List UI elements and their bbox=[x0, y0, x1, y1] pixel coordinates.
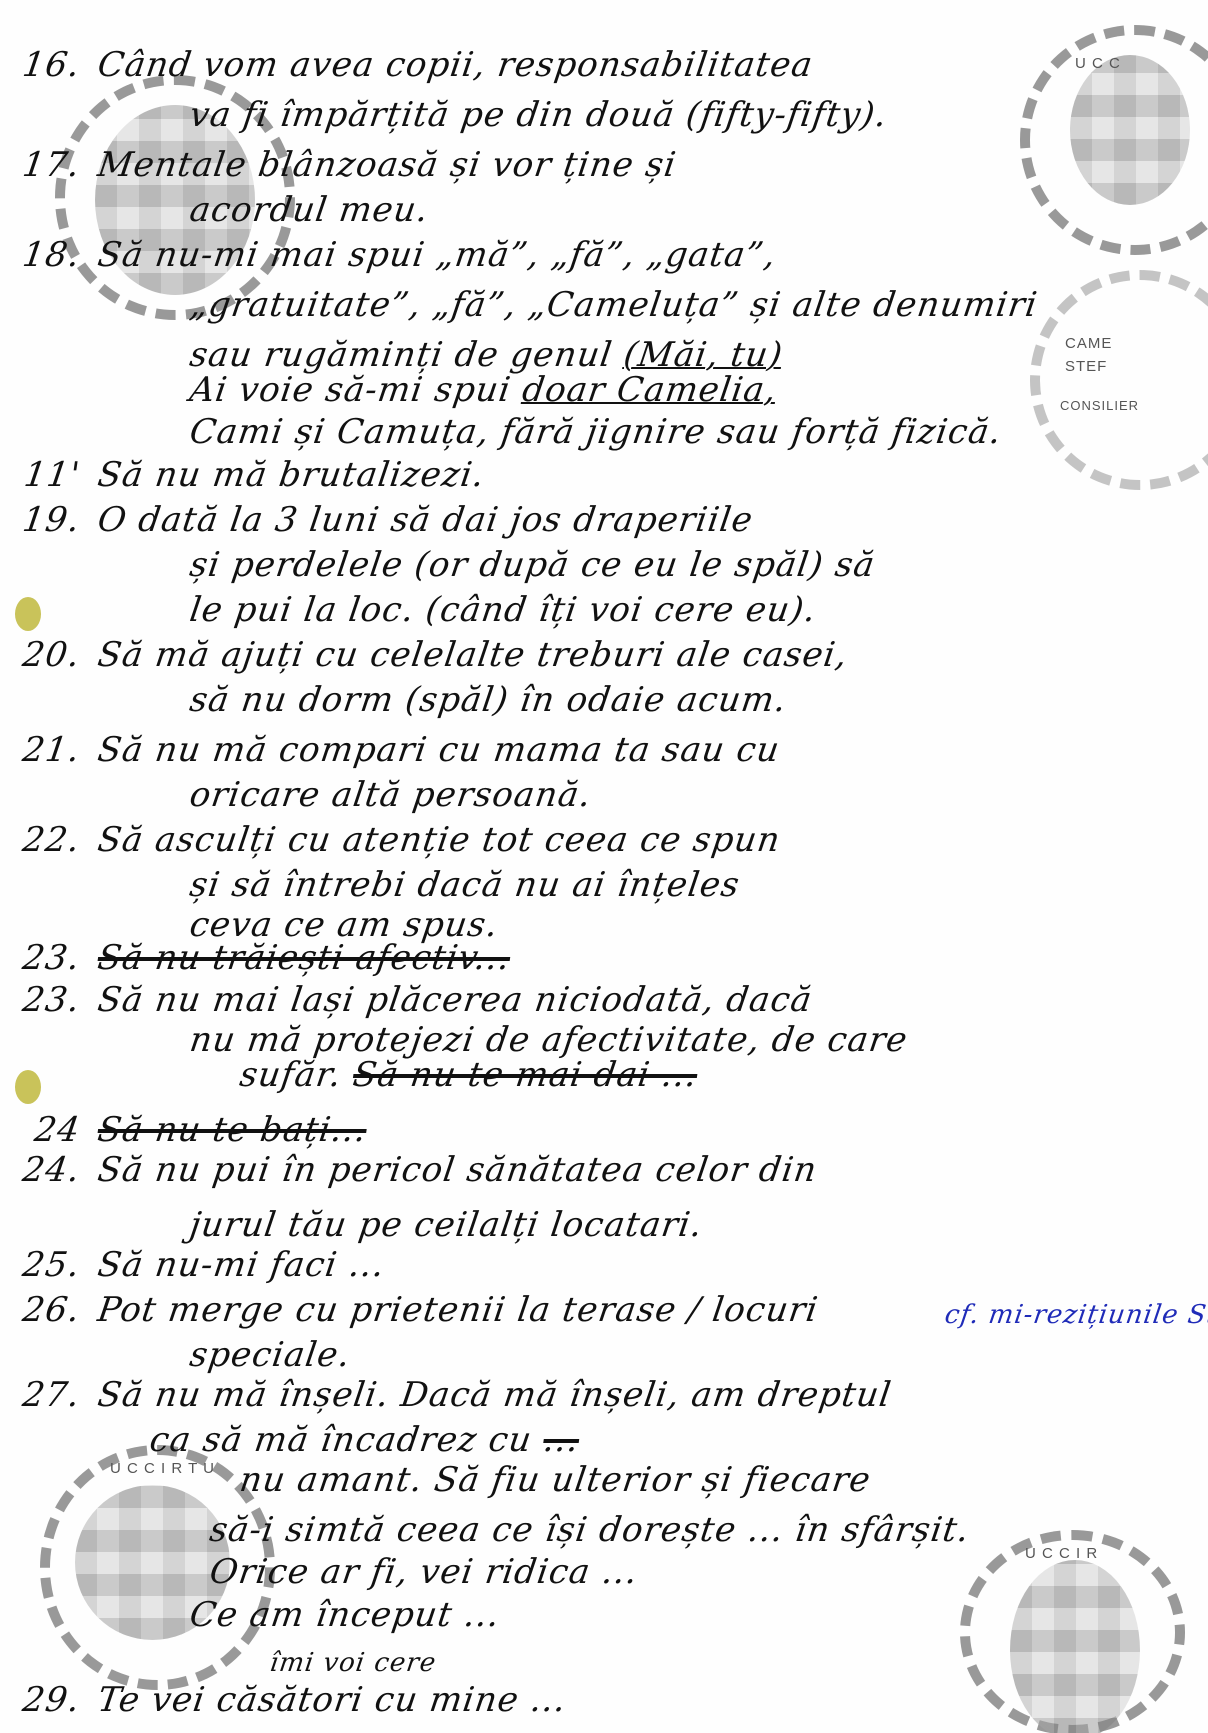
item-text: nu amant. Să fiu ulterior și fiecare bbox=[237, 1460, 873, 1500]
item-text: sufăr. bbox=[237, 1055, 344, 1095]
struck-text: Să nu te mai dai ... bbox=[351, 1055, 701, 1095]
item-number: 11' bbox=[0, 455, 83, 495]
item-21: 21.Să nu mă compari cu mama ta sau cu bbox=[0, 730, 783, 770]
item-text: Să nu mă compari cu mama ta sau cu bbox=[95, 730, 782, 770]
item-text: nu mă protejezi de afectivitate, de care bbox=[187, 1020, 910, 1060]
stamp-text: U C C bbox=[1075, 55, 1121, 72]
item-number: 27. bbox=[0, 1375, 83, 1415]
redacted-stamp-center bbox=[1070, 55, 1190, 205]
item-24-struck: 24Să nu te bați... bbox=[0, 1110, 369, 1150]
item-19-cont: și perdelele (or după ce eu le spăl) să bbox=[0, 545, 878, 585]
item-text: să nu dorm (spăl) în odaie acum. bbox=[187, 680, 789, 720]
item-text: Să nu mai lași plăcerea niciodată, dacă bbox=[95, 980, 815, 1020]
item-number: 17. bbox=[0, 145, 83, 185]
item-text: Mentale blânzoasă și vor ține și bbox=[95, 145, 679, 185]
redacted-stamp-center bbox=[1010, 1560, 1140, 1733]
stamp-text: CONSILIER bbox=[1060, 398, 1139, 413]
insert-above-29: îmi voi cere bbox=[268, 1648, 438, 1678]
item-text: Te vei căsători cu mine ... bbox=[95, 1680, 569, 1720]
item-text: Când vom avea copii, responsabilitatea bbox=[95, 45, 815, 85]
item-27-cont: Ce am început ... bbox=[0, 1595, 503, 1635]
item-19: 19.O dată la 3 luni să dai jos draperiil… bbox=[0, 500, 756, 540]
stamp-text: STEF bbox=[1065, 358, 1107, 375]
stamp-text: U C C I R bbox=[1025, 1545, 1098, 1562]
item-text: O dată la 3 luni să dai jos draperiile bbox=[95, 500, 756, 540]
item-27: 27.Să nu mă înșeli. Dacă mă înșeli, am d… bbox=[0, 1375, 894, 1415]
item-text: Cami și Camuța, fără jignire sau forță f… bbox=[187, 412, 1004, 452]
underlined-text: (Măi, tu) bbox=[621, 335, 785, 375]
item-text: Să nu mă înșeli. Dacă mă înșeli, am drep… bbox=[95, 1375, 894, 1415]
item-16-cont: va fi împărțită pe din două (fifty-fifty… bbox=[0, 95, 890, 135]
item-25: 25.Să nu-mi faci ... bbox=[0, 1245, 387, 1285]
item-number: 21. bbox=[0, 730, 83, 770]
item-19-cont: le pui la loc. (când îți voi cere eu). bbox=[0, 590, 819, 630]
item-text: acordul meu. bbox=[187, 190, 431, 230]
item-29: 29.Te vei căsători cu mine ... bbox=[0, 1680, 569, 1720]
item-24-cont: jurul tău pe ceilalți locatari. bbox=[0, 1205, 705, 1245]
struck-text: Să nu trăiești afectiv... bbox=[95, 938, 513, 978]
item-26: 26.Pot merge cu prietenii la terase / lo… bbox=[0, 1290, 821, 1330]
item-18-cont: „gratuitate”, „fă”, „Cameluța” și alte d… bbox=[0, 285, 1040, 325]
stamp-text: CAME bbox=[1065, 335, 1112, 352]
item-number: 23. bbox=[0, 938, 83, 978]
item-22-cont: și să întrebi dacă nu ai înțeles bbox=[0, 865, 742, 905]
item-26-cont: speciale. bbox=[0, 1335, 353, 1375]
item-text: să-i simtă ceea ce își dorește ... în sf… bbox=[207, 1510, 972, 1550]
item-text: Să nu pui în pericol sănătatea celor din bbox=[95, 1150, 820, 1190]
item-27-cont: nu amant. Să fiu ulterior și fiecare bbox=[0, 1460, 874, 1500]
inserted-text: îmi voi cere bbox=[268, 1648, 438, 1678]
struck-text: ... bbox=[541, 1420, 582, 1460]
item-text: Să nu mă brutalizezi. bbox=[95, 455, 487, 495]
item-11: 11'Să nu mă brutalizezi. bbox=[0, 455, 487, 495]
item-number: 19. bbox=[0, 500, 83, 540]
stamp-top-right: U C C bbox=[1020, 25, 1208, 255]
item-23: 23.Să nu mai lași plăcerea niciodată, da… bbox=[0, 980, 815, 1020]
item-23-cont: nu mă protejezi de afectivitate, de care bbox=[0, 1020, 910, 1060]
item-text: va fi împărțită pe din două (fifty-fifty… bbox=[187, 95, 890, 135]
item-16: 16.Când vom avea copii, responsabilitate… bbox=[0, 45, 816, 85]
item-text: Orice ar fi, vei ridica ... bbox=[207, 1552, 640, 1592]
item-23-cont: sufăr. Să nu te mai dai ... bbox=[0, 1055, 700, 1095]
item-number: 20. bbox=[0, 635, 83, 675]
item-text: le pui la loc. (când îți voi cere eu). bbox=[187, 590, 819, 630]
item-text: și perdelele (or după ce eu le spăl) să bbox=[187, 545, 878, 585]
item-text: jurul tău pe ceilalți locatari. bbox=[187, 1205, 705, 1245]
blue-margin-annotation: cf. mi-rezițiunile Stefan bbox=[943, 1300, 1208, 1330]
item-27-cont: ca să mă încadrez cu ... bbox=[0, 1420, 582, 1460]
item-text: Ce am început ... bbox=[187, 1595, 502, 1635]
item-text: Să nu-mi faci ... bbox=[95, 1245, 387, 1285]
item-text: Să asculți cu atenție tot ceea ce spun bbox=[95, 820, 783, 860]
item-18-cont: Ai voie să-mi spui doar Camelia, bbox=[0, 370, 780, 410]
item-number: 22. bbox=[0, 820, 83, 860]
item-number: 26. bbox=[0, 1290, 83, 1330]
item-27-cont: Orice ar fi, vei ridica ... bbox=[0, 1552, 641, 1592]
item-text: sau rugăminți de genul bbox=[187, 335, 615, 375]
underlined-text: doar Camelia, bbox=[520, 370, 780, 410]
item-number: 24. bbox=[0, 1150, 83, 1190]
item-text: și să întrebi dacă nu ai înțeles bbox=[187, 865, 742, 905]
item-21-cont: oricare altă persoană. bbox=[0, 775, 594, 815]
item-text: Pot merge cu prietenii la terase / locur… bbox=[95, 1290, 821, 1330]
item-number: 18. bbox=[0, 235, 83, 275]
item-number: 23. bbox=[0, 980, 83, 1020]
annotation-text: cf. mi-rezițiunile Stefan bbox=[943, 1300, 1208, 1330]
item-text: speciale. bbox=[187, 1335, 353, 1375]
handwritten-page: U C C CAME STEF CONSILIER U C C I R T U … bbox=[0, 0, 1208, 1733]
item-17: 17.Mentale blânzoasă și vor ține și bbox=[0, 145, 679, 185]
item-number: 16. bbox=[0, 45, 83, 85]
item-18-cont: sau rugăminți de genul (Măi, tu) bbox=[0, 335, 786, 375]
item-24: 24.Să nu pui în pericol sănătatea celor … bbox=[0, 1150, 820, 1190]
item-number: 29. bbox=[0, 1680, 83, 1720]
item-23-struck: 23.Să nu trăiești afectiv... bbox=[0, 938, 513, 978]
item-18: 18.Să nu-mi mai spui „mă”, „fă”, „gata”, bbox=[0, 235, 779, 275]
item-text: oricare altă persoană. bbox=[187, 775, 594, 815]
stamp-right-middle: CAME STEF CONSILIER bbox=[1030, 270, 1208, 490]
item-18-cont: Cami și Camuța, fără jignire sau forță f… bbox=[0, 412, 1004, 452]
item-text: Ai voie să-mi spui bbox=[187, 370, 513, 410]
item-text: Să mă ajuți cu celelalte treburi ale cas… bbox=[95, 635, 850, 675]
item-number: 24 bbox=[0, 1110, 83, 1150]
item-20: 20.Să mă ajuți cu celelalte treburi ale … bbox=[0, 635, 850, 675]
item-text: Să nu-mi mai spui „mă”, „fă”, „gata”, bbox=[95, 235, 779, 275]
item-17-cont: acordul meu. bbox=[0, 190, 431, 230]
item-22: 22.Să asculți cu atenție tot ceea ce spu… bbox=[0, 820, 783, 860]
item-text: ca să mă încadrez cu bbox=[147, 1420, 534, 1460]
item-20-cont: să nu dorm (spăl) în odaie acum. bbox=[0, 680, 789, 720]
struck-text: Să nu te bați... bbox=[95, 1110, 369, 1150]
item-27-cont: să-i simtă ceea ce își dorește ... în sf… bbox=[0, 1510, 972, 1550]
item-text: „gratuitate”, „fă”, „Cameluța” și alte d… bbox=[187, 285, 1040, 325]
item-number: 25. bbox=[0, 1245, 83, 1285]
stamp-bottom-right: U C C I R bbox=[960, 1530, 1185, 1733]
